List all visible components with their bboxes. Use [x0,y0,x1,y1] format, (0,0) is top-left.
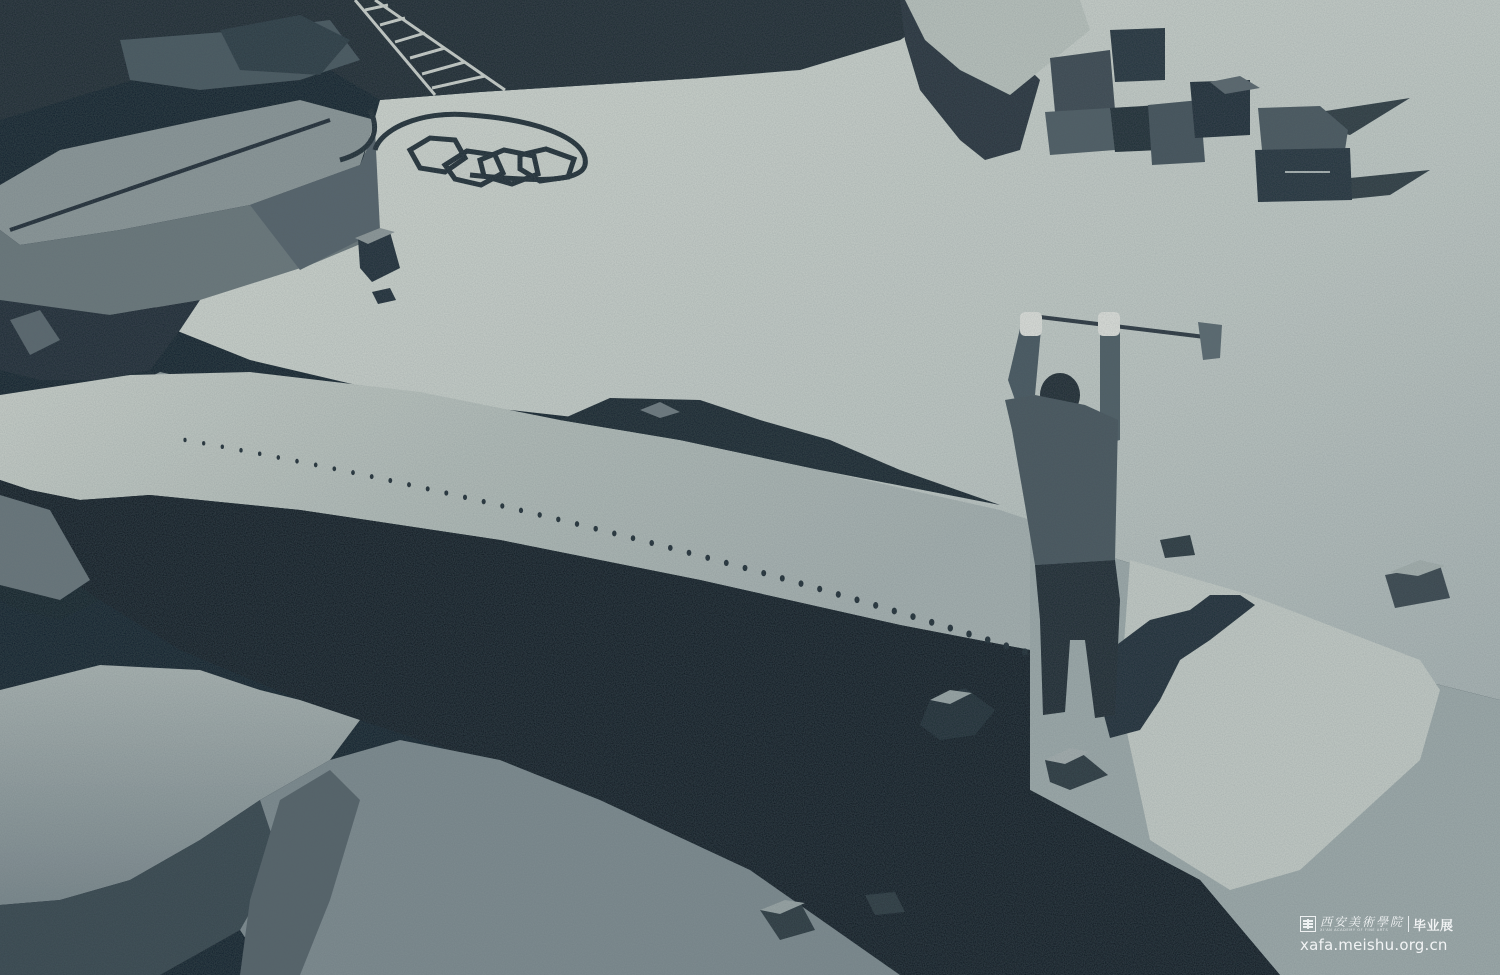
school-name-cn: 西安美術學院 [1320,916,1404,928]
watermark: 西安美術學院 XI'AN ACADEMY OF FINE ARTS 毕业展 xa… [1300,913,1496,971]
watermark-header: 西安美術學院 XI'AN ACADEMY OF FINE ARTS 毕业展 [1300,913,1496,935]
worker-glove-right [1098,312,1120,336]
watermark-divider [1408,916,1409,932]
watermark-url: xafa.meishu.org.cn [1300,936,1496,954]
worker-glove-left [1020,312,1042,336]
school-name-en: XI'AN ACADEMY OF FINE ARTS [1320,929,1404,933]
artwork-print [0,0,1500,975]
event-label: 毕业展 [1413,915,1454,934]
xafa-seal-icon [1300,916,1316,932]
school-name: 西安美術學院 XI'AN ACADEMY OF FINE ARTS [1320,916,1404,933]
